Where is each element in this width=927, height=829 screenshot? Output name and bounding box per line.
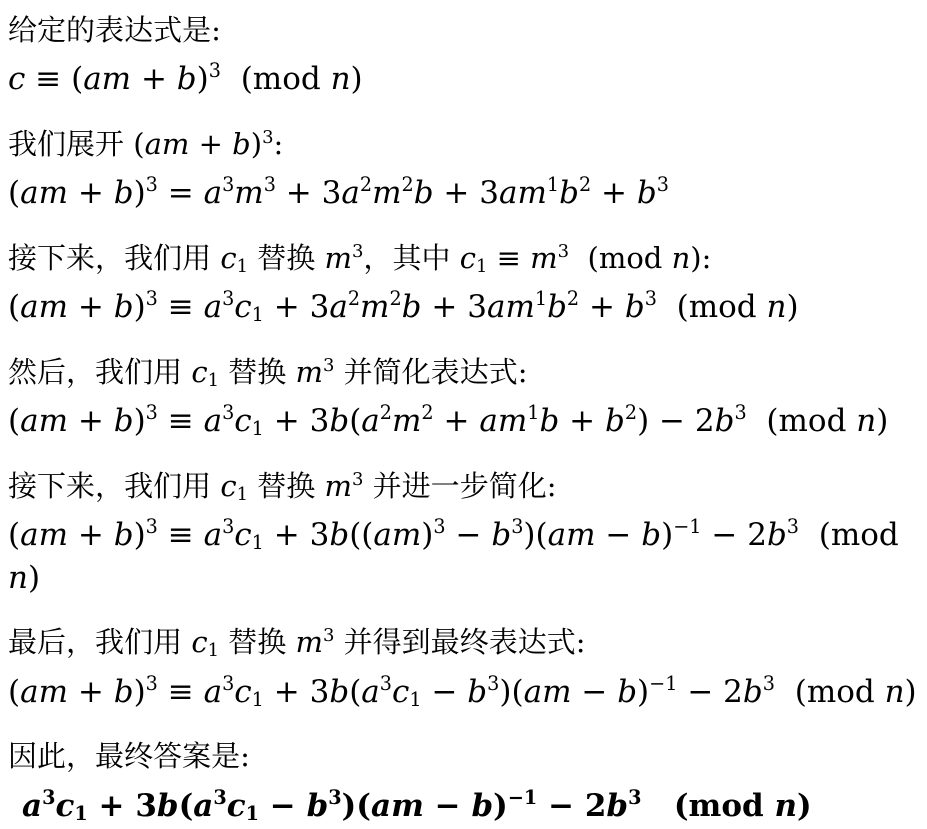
- solution-step-5: 接下来，我们用 c1 替换 m3 并进一步简化: (am + b)3 ≡ a3c…: [8, 466, 919, 600]
- math-expression: (am + b)3 ≡ a3c1 + 3a2m2b + 3am1b2 + b3 …: [8, 286, 919, 329]
- step-label: 接下来，我们用 c1 替换 m3，其中 c1 ≡ m3 (mod n):: [8, 238, 919, 279]
- step-label: 我们展开 (am + b)3:: [8, 124, 919, 165]
- math-expression: (am + b)3 ≡ a3c1 + 3b(a2m2 + am1b + b2) …: [8, 400, 919, 443]
- step-label: 给定的表达式是:: [8, 10, 919, 51]
- math-expression: (am + b)3 = a3m3 + 3a2m2b + 3am1b2 + b3: [8, 172, 919, 215]
- math-expression: a3c1 + 3b(a3c1 − b3)(am − b)−1 − 2b3 (mo…: [8, 785, 919, 828]
- solution-step-3: 接下来，我们用 c1 替换 m3，其中 c1 ≡ m3 (mod n): (am…: [8, 238, 919, 329]
- solution-step-6: 最后，我们用 c1 替换 m3 并得到最终表达式: (am + b)3 ≡ a3…: [8, 622, 919, 713]
- solution-step-4: 然后，我们用 c1 替换 m3 并简化表达式: (am + b)3 ≡ a3c1…: [8, 352, 919, 443]
- step-label: 接下来，我们用 c1 替换 m3 并进一步简化:: [8, 466, 919, 507]
- math-solution-document: 给定的表达式是: c ≡ (am + b)3 (mod n) 我们展开 (am …: [8, 10, 919, 827]
- step-label: 然后，我们用 c1 替换 m3 并简化表达式:: [8, 352, 919, 393]
- math-expression: c ≡ (am + b)3 (mod n): [8, 58, 919, 101]
- solution-step-7: 因此，最终答案是: a3c1 + 3b(a3c1 − b3)(am − b)−1…: [8, 736, 919, 827]
- math-expression: (am + b)3 ≡ a3c1 + 3b((am)3 − b3)(am − b…: [8, 514, 919, 600]
- math-expression: (am + b)3 ≡ a3c1 + 3b(a3c1 − b3)(am − b)…: [8, 671, 919, 714]
- solution-step-2: 我们展开 (am + b)3: (am + b)3 = a3m3 + 3a2m2…: [8, 124, 919, 215]
- step-label: 最后，我们用 c1 替换 m3 并得到最终表达式:: [8, 622, 919, 663]
- solution-step-1: 给定的表达式是: c ≡ (am + b)3 (mod n): [8, 10, 919, 101]
- step-label: 因此，最终答案是:: [8, 736, 919, 777]
